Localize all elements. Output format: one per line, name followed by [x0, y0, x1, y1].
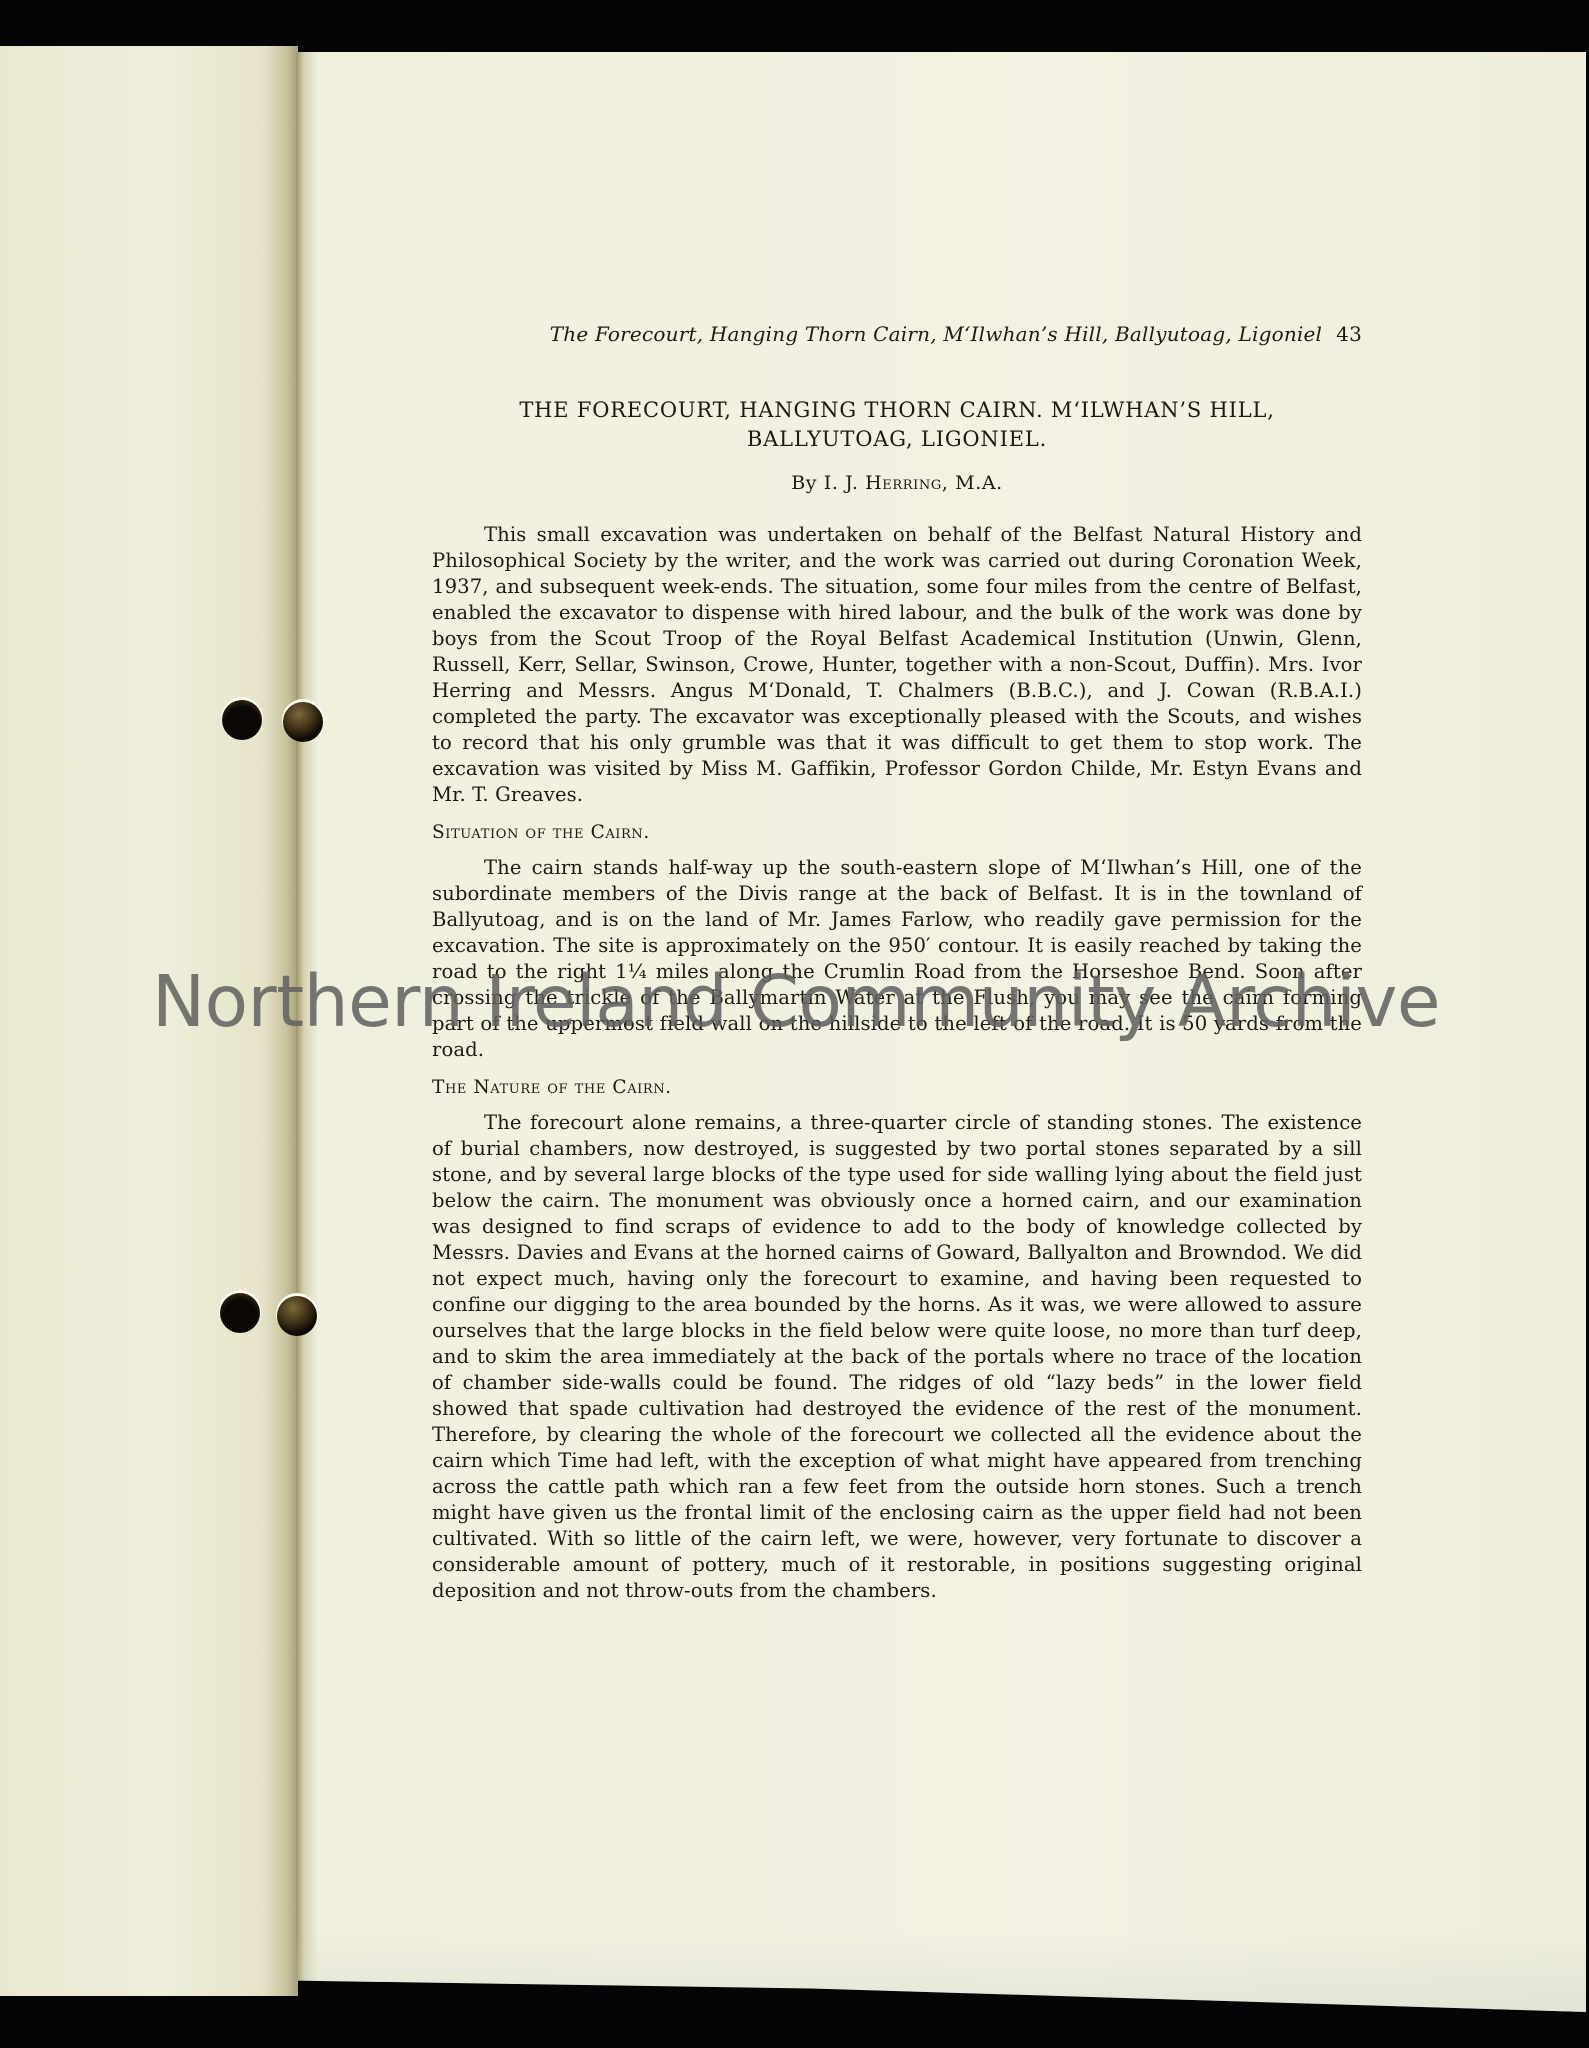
paragraph: The cairn stands half-way up the south-e…	[432, 855, 1362, 1063]
section-situation: Situation of the Cairn. The cairn stands…	[432, 822, 1362, 1063]
byline-prefix: By	[791, 472, 817, 494]
left-page	[0, 46, 298, 1996]
section-nature: The Nature of the Cairn. The forecourt a…	[432, 1077, 1362, 1604]
page-content: The Forecourt, Hanging Thorn Cairn, M‘Il…	[432, 322, 1362, 1604]
punch-hole	[222, 700, 262, 740]
title-line-2: BALLYUTOAG, LIGONIEL.	[747, 427, 1047, 451]
author-name: I. J. Herring, M.A.	[824, 472, 1003, 494]
running-head: The Forecourt, Hanging Thorn Cairn, M‘Il…	[432, 322, 1362, 346]
section-heading: Situation of the Cairn.	[432, 822, 1362, 843]
article-title: THE FORECOURT, HANGING THORN CAIRN. M‘IL…	[432, 396, 1362, 454]
section-intro: This small excavation was undertaken on …	[432, 522, 1362, 808]
section-heading: The Nature of the Cairn.	[432, 1077, 1362, 1098]
punch-hole	[277, 1296, 317, 1336]
punch-hole	[283, 702, 323, 742]
punch-hole	[220, 1293, 260, 1333]
paragraph: The forecourt alone remains, a three-qua…	[432, 1110, 1362, 1604]
byline: By I. J. Herring, M.A.	[432, 472, 1362, 494]
running-head-title: The Forecourt, Hanging Thorn Cairn, M‘Il…	[550, 322, 1322, 346]
paragraph: This small excavation was undertaken on …	[432, 522, 1362, 808]
title-line-1: THE FORECOURT, HANGING THORN CAIRN. M‘IL…	[519, 398, 1274, 422]
page-number: 43	[1336, 322, 1362, 346]
